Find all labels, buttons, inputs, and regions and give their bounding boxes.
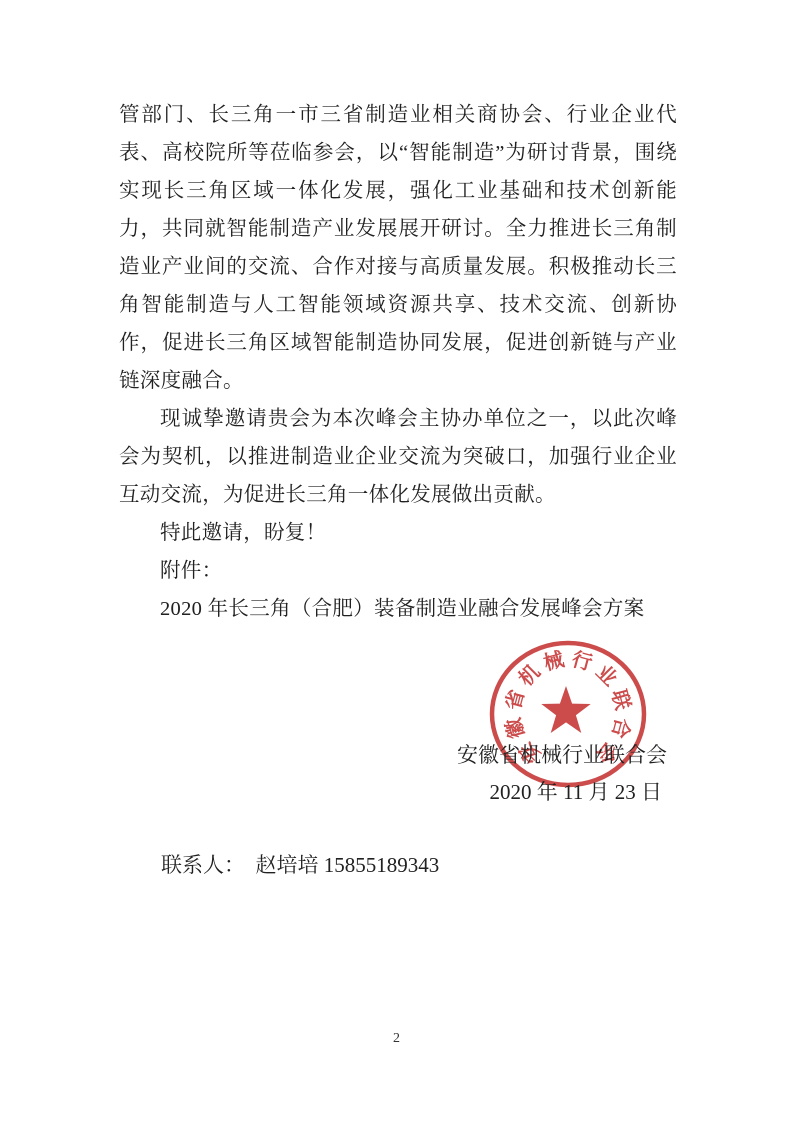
signature-org: 安徽省机械行业联合会 [457,742,667,768]
seal-char: 合 [607,715,635,741]
page-number: 2 [0,1031,793,1047]
seal-char: 省 [501,687,529,713]
paragraph: 管部门、长三角一市三省制造业相关商协会、行业企业代表、高校院所等莅临参会，以“智… [119,96,677,400]
signature-date: 2020 年 11 月 23 日 [490,779,662,805]
seal-star [541,686,590,733]
seal-char: 机 [514,660,545,691]
seal-char: 联 [607,687,635,713]
seal-char: 械 [541,646,567,675]
attachment-label: 附件： [119,552,677,590]
attachment-title: 2020 年长三角（合肥）装备制造业融合发展峰会方案 [119,590,677,628]
seal-char: 徽 [501,715,529,741]
document-page: 管部门、长三角一市三省制造业相关商协会、行业企业代表、高校院所等莅临参会，以“智… [0,0,793,1122]
paragraph: 现诚挚邀请贵会为本次峰会主协办单位之一，以此次峰会为契机，以推进制造业企业交流为… [119,400,677,514]
body-text: 管部门、长三角一市三省制造业相关商协会、行业企业代表、高校院所等莅临参会，以“智… [119,96,677,628]
seal-char: 业 [591,660,621,690]
contact-line: 联系人： 赵培培 15855189343 [161,852,439,878]
paragraph: 特此邀请，盼复！ [119,514,677,552]
seal-char: 行 [569,647,595,675]
